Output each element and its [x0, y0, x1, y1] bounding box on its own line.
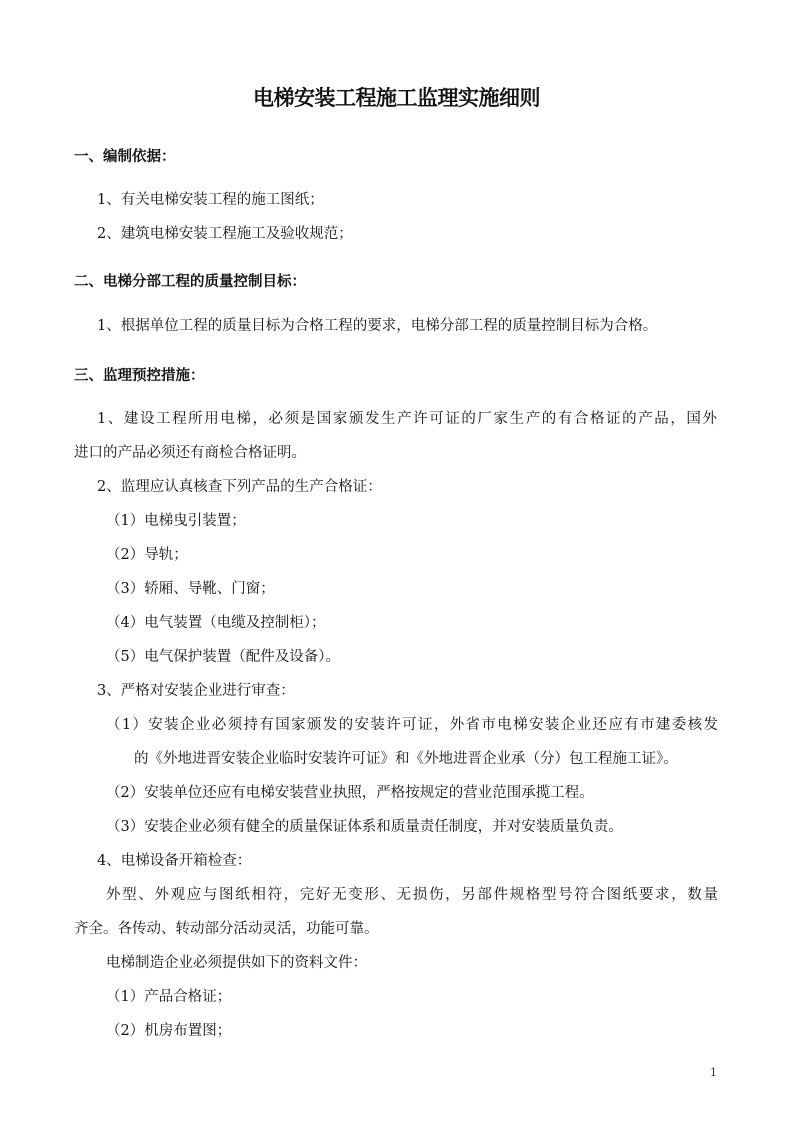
paragraph-line: 2、监理应认真核查下列产品的生产合格证： [97, 477, 382, 497]
list-item: （2）导轨； [106, 545, 188, 565]
paragraph-line: 1、建设工程所用电梯，必须是国家颁发生产许可证的厂家生产的有合格证的产品，国外 [97, 409, 717, 429]
list-item: （2）安装单位还应有电梯安装营业执照，严格按规定的营业范围承揽工程。 [106, 783, 594, 803]
list-item: （1）电梯曳引装置； [106, 511, 246, 531]
list-item: （2）机房布置图； [106, 1021, 231, 1041]
list-item: （3）轿厢、导靴、门窗； [106, 579, 275, 599]
list-item: （1）安装企业必须持有国家颁发的安装许可证，外省市电梯安装企业还应有市建委核发 [106, 715, 718, 735]
section-heading-2: 二、电梯分部工程的质量控制目标： [74, 272, 306, 292]
document-title: 电梯安装工程施工监理实施细则 [0, 84, 793, 112]
paragraph-line: 3、严格对安装企业进行审查： [97, 681, 295, 701]
list-item: （4）电气装置（电缆及控制柜）； [106, 613, 325, 633]
paragraph-line: 4、电梯设备开箱检查： [97, 851, 251, 871]
section-heading-1: 一、编制依据： [74, 147, 176, 167]
paragraph-line: 2、建筑电梯安装工程施工及验收规范； [97, 224, 353, 244]
paragraph-line: 齐全。各传动、转动部分活动灵活，功能可靠。 [74, 919, 379, 939]
paragraph-line: 电梯制造企业必须提供如下的资料文件： [106, 953, 367, 973]
paragraph-line: 外型、外观应与图纸相符，完好无变形、无损伤，另部件规格型号符合图纸要求，数量 [106, 885, 718, 905]
paragraph-line: 进口的产品必须还有商检合格证明。 [74, 443, 306, 463]
list-item: （3）安装企业必须有健全的质量保证体系和质量责任制度，并对安装质量负责。 [106, 817, 623, 837]
document-page: 电梯安装工程施工监理实施细则 一、编制依据： 1、有关电梯安装工程的施工图纸； … [0, 0, 793, 1122]
section-heading-3: 三、监理预控措施： [74, 366, 205, 386]
list-item: （5）电气保护装置（配件及设备）。 [106, 647, 340, 667]
paragraph-line: 1、根据单位工程的质量目标为合格工程的要求，电梯分部工程的质量控制目标为合格。 [97, 316, 657, 336]
list-item: （1）产品合格证； [106, 987, 231, 1007]
page-number: 1 [710, 1066, 717, 1080]
paragraph-line: 1、有关电梯安装工程的施工图纸； [97, 190, 324, 210]
list-item-continuation: 的《外地进晋安装企业临时安装许可证》和《外地进晋企业承（分）包工程施工证》。 [134, 749, 678, 769]
